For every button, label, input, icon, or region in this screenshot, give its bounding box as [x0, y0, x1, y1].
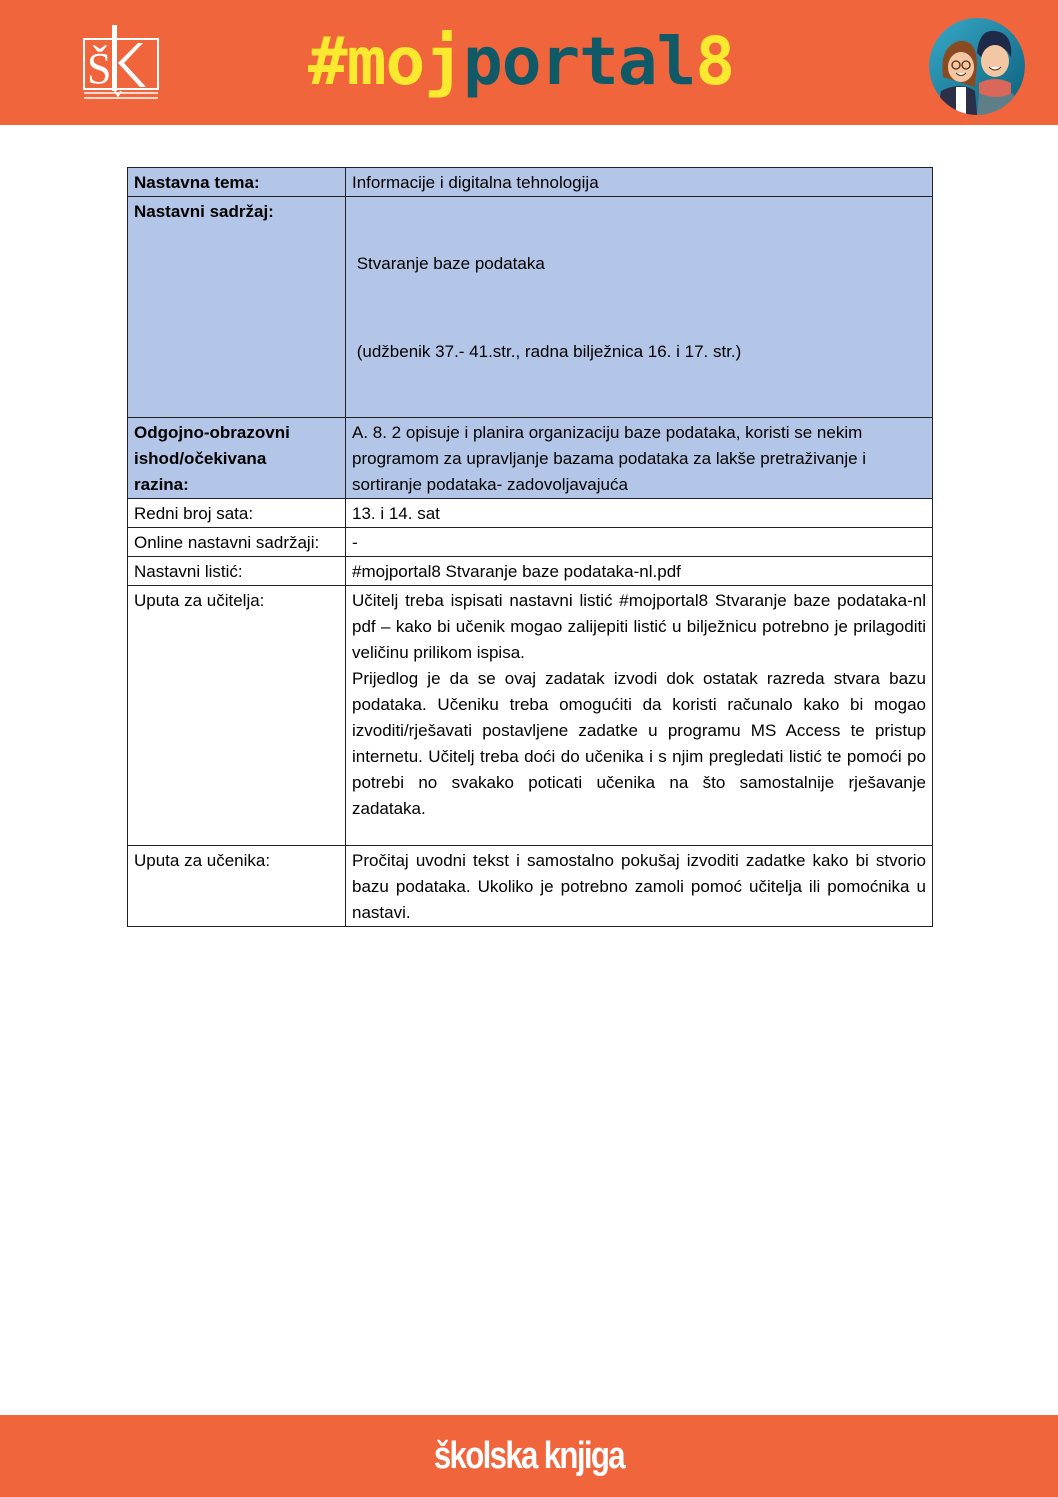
- table-row: Uputa za učitelja: Učitelj treba ispisat…: [128, 586, 933, 846]
- table-row: Odgojno-obrazovni ishod/očekivana razina…: [128, 418, 933, 499]
- topic-text: Informacije i digitalna tehnologija: [352, 170, 926, 196]
- row-label-outcome: Odgojno-obrazovni ishod/očekivana razina…: [128, 418, 346, 499]
- table-row: Redni broj sata: 13. i 14. sat: [128, 499, 933, 528]
- row-label-lesson-number: Redni broj sata:: [128, 499, 346, 528]
- portal-title: #mojportal8: [308, 22, 734, 102]
- table-row: Nastavni sadržaj: Stvaranje baze podatak…: [128, 197, 933, 418]
- teacher-instructions-paragraph-2: Prijedlog je da se ovaj zadatak izvodi d…: [352, 666, 926, 822]
- portal-title-middle: portal: [463, 23, 695, 100]
- table-row: Nastavni listić: #mojportal8 Stvaranje b…: [128, 557, 933, 586]
- lesson-plan-table: Nastavna tema: Informacije i digitalna t…: [127, 167, 933, 927]
- row-label-worksheet: Nastavni listić:: [128, 557, 346, 586]
- row-value-teacher-instructions: Učitelj treba ispisati nastavni listić #…: [346, 586, 933, 846]
- table-row: Nastavna tema: Informacije i digitalna t…: [128, 168, 933, 197]
- row-value-content: Stvaranje baze podataka (udžbenik 37.- 4…: [346, 197, 933, 418]
- lesson-number-text: 13. i 14. sat: [352, 501, 926, 527]
- header-banner: Š #mojportal8: [0, 0, 1058, 125]
- online-content-text: -: [352, 530, 926, 556]
- row-label-online-content: Online nastavni sadržaji:: [128, 528, 346, 557]
- row-value-outcome: A. 8. 2 opisuje i planira organizaciju b…: [346, 418, 933, 499]
- row-label-teacher-instructions: Uputa za učitelja:: [128, 586, 346, 846]
- content-title-text: Stvaranje baze podataka: [352, 251, 926, 277]
- table-row: Online nastavni sadržaji: -: [128, 528, 933, 557]
- footer-banner: školska knjiga: [0, 1415, 1058, 1497]
- row-value-student-instructions: Pročitaj uvodni tekst i samostalno pokuš…: [346, 846, 933, 927]
- row-label-content: Nastavni sadržaj:: [128, 197, 346, 418]
- row-label-student-instructions: Uputa za učenika:: [128, 846, 346, 927]
- row-label-topic: Nastavna tema:: [128, 168, 346, 197]
- portal-title-suffix: 8: [695, 23, 734, 100]
- students-avatar-icon: [929, 17, 1025, 115]
- skolska-knjiga-logo-icon: Š: [82, 25, 160, 101]
- publisher-brand: školska knjiga: [434, 1435, 624, 1478]
- row-value-online-content: -: [346, 528, 933, 557]
- content-reference-text: (udžbenik 37.- 41.str., radna bilježnica…: [352, 339, 926, 365]
- teacher-instructions-paragraph-1: Učitelj treba ispisati nastavni listić #…: [352, 588, 926, 666]
- table-row: Uputa za učenika: Pročitaj uvodni tekst …: [128, 846, 933, 927]
- svg-text:Š: Š: [87, 44, 111, 93]
- worksheet-filename: #mojportal8 Stvaranje baze podataka-nl.p…: [352, 559, 926, 585]
- outcome-text: A. 8. 2 opisuje i planira organizaciju b…: [352, 420, 926, 498]
- student-instructions-text: Pročitaj uvodni tekst i samostalno pokuš…: [352, 848, 926, 926]
- portal-title-prefix: #moj: [308, 23, 463, 100]
- row-value-topic: Informacije i digitalna tehnologija: [346, 168, 933, 197]
- row-value-worksheet: #mojportal8 Stvaranje baze podataka-nl.p…: [346, 557, 933, 586]
- row-value-lesson-number: 13. i 14. sat: [346, 499, 933, 528]
